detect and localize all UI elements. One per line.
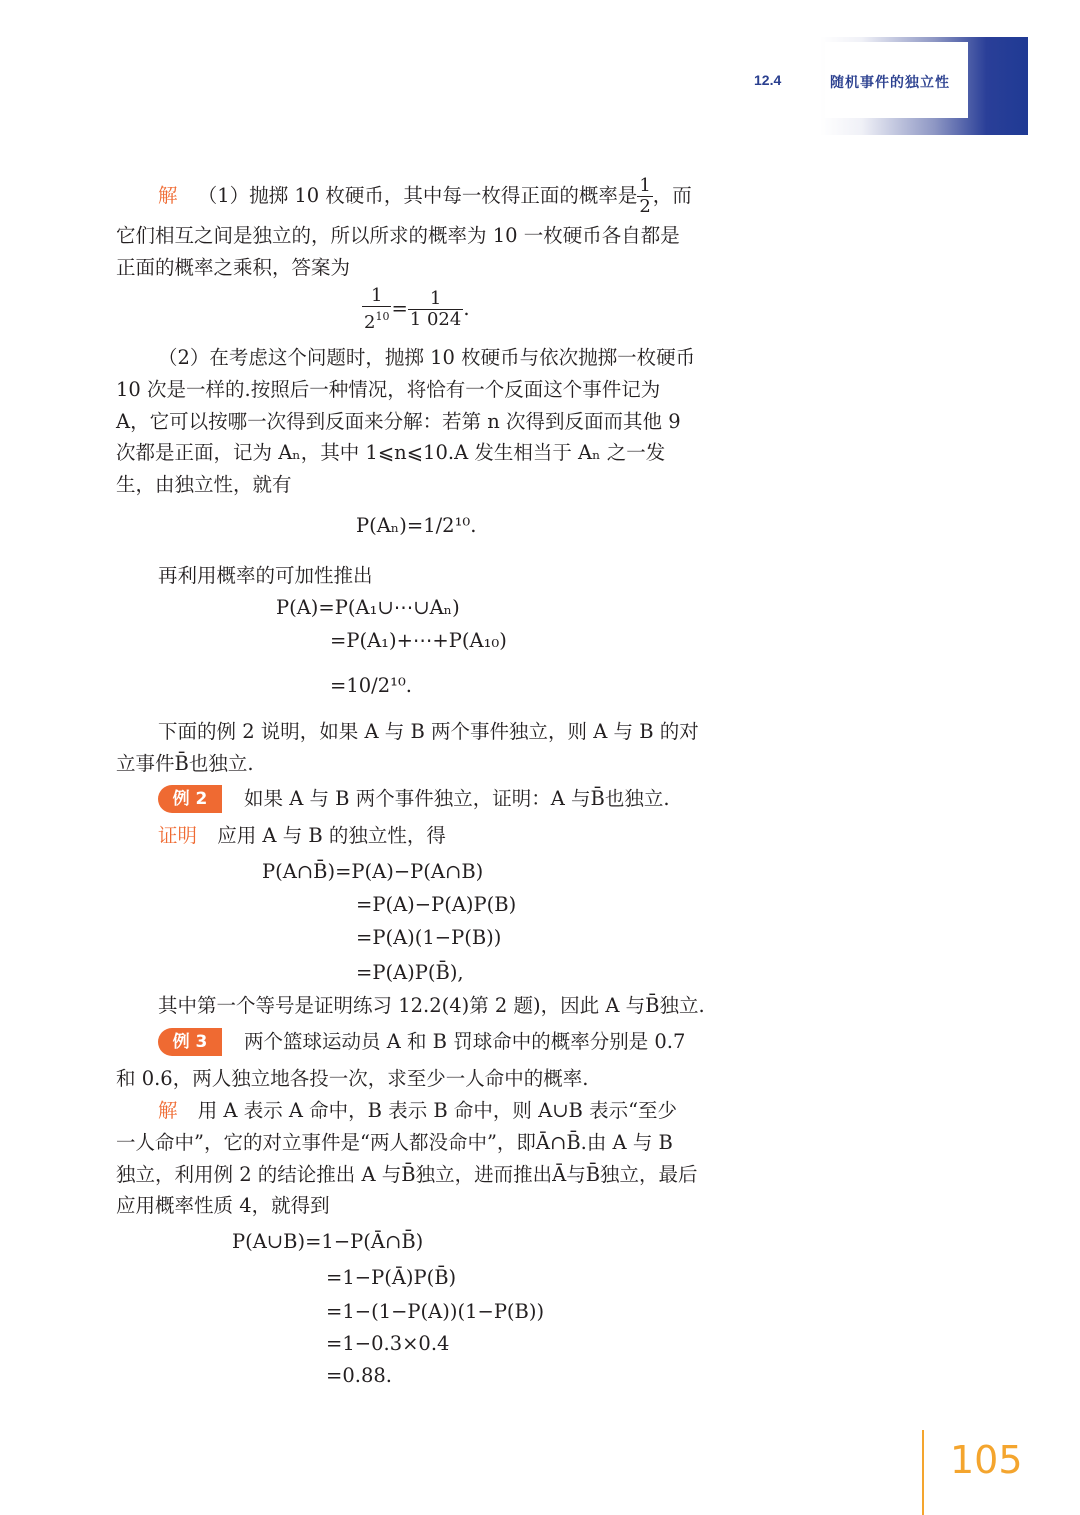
transition-line2: 立事件B̄也独立. (116, 748, 254, 780)
example3-solution-line4: 应用概率性质 4，就得到 (116, 1190, 330, 1222)
example3-eq4: =1−0.3×0.4 (326, 1328, 449, 1360)
solution-label: 解 (158, 184, 178, 207)
solution2-line3: A，它可以按哪一次得到反面来分解：若第 n 次得到反面而其他 9 (116, 406, 681, 438)
solution2-line5: 生，由独立性，就有 (116, 469, 292, 501)
solution1-line2: 它们相互之间是独立的，所以所求的概率为 10 一枚硬币各自都是 (116, 220, 680, 252)
example3-solution-line2: 一人命中”，它的对立事件是“两人都没命中”，即Ā∩B̄.由 A 与 B (116, 1127, 673, 1159)
example2-proof-intro: 证明 应用 A 与 B 的独立性，得 (158, 820, 446, 852)
page-number: 105 (950, 1438, 1023, 1482)
solution1-line1: 解 （1）抛掷 10 枚硬币，其中每一枚得正面的概率是12，而 (158, 176, 692, 217)
example3-eq3: =1−(1−P(A))(1−P(B)) (326, 1296, 544, 1328)
equation-p-an: P(Aₙ)=1/2¹⁰. (356, 510, 476, 542)
example3-solution-line3: 独立，利用例 2 的结论推出 A 与B̄独立，进而推出Ā与B̄独立，最后 (116, 1159, 698, 1191)
example3-line2: 和 0.6，两人独立地各投一次，求至少一人命中的概率. (116, 1063, 588, 1095)
solution2-line2: 10 次是一样的.按照后一种情况，将恰有一个反面这个事件记为 (116, 374, 660, 406)
section-title: 随机事件的独立性 (830, 72, 950, 92)
page-number-divider (922, 1430, 924, 1515)
solution2-line1: （2）在考虑这个问题时，抛掷 10 枚硬币与依次抛掷一枚硬币 (158, 342, 695, 374)
example3-eq1: P(A∪B)=1−P(Ā∩B̄) (232, 1226, 423, 1258)
proof-eq2: =P(A)−P(A)P(B) (356, 889, 516, 921)
section-number: 12.4 (754, 72, 781, 88)
solution-label: 解 (158, 1099, 178, 1122)
proof-eq1: P(A∩B̄)=P(A)−P(A∩B) (262, 856, 483, 888)
proof-conclusion: 其中第一个等号是证明练习 12.2(4)第 2 题)，因此 A 与B̄独立. (158, 990, 705, 1022)
proof-eq3: =P(A)(1−P(B)) (356, 922, 501, 954)
example3-tag: 例 3 (158, 1028, 222, 1056)
transition-line1: 下面的例 2 说明，如果 A 与 B 两个事件独立，则 A 与 B 的对 (158, 716, 699, 748)
example2-statement: 如果 A 与 B 两个事件独立，证明：A 与B̄也独立. (244, 783, 670, 815)
proof-label: 证明 (158, 824, 197, 847)
equation-1-over-1024: 1210=11 024. (362, 286, 470, 333)
proof-eq4: =P(A)P(B̄), (356, 957, 464, 989)
solution2-line4: 次都是正面，记为 Aₙ，其中 1⩽n⩽10.A 发生相当于 Aₙ 之一发 (116, 437, 665, 469)
example3-solution-line1: 解 用 A 表示 A 命中，B 表示 B 命中，则 A∪B 表示“至少 (158, 1095, 677, 1127)
equation-additivity-1: P(A)=P(A₁∪⋯∪Aₙ) (276, 592, 460, 624)
example2-tag: 例 2 (158, 785, 222, 813)
fraction-half: 12 (637, 176, 652, 217)
example3-eq5: =0.88. (326, 1360, 392, 1392)
solution1-line3: 正面的概率之乘积，答案为 (116, 252, 350, 284)
example3-line1: 两个篮球运动员 A 和 B 罚球命中的概率分别是 0.7 (244, 1026, 685, 1058)
equation-additivity-3: =10/2¹⁰. (330, 670, 412, 702)
example3-eq2: =1−P(Ā)P(B̄) (326, 1262, 456, 1294)
equation-additivity-2: =P(A₁)+⋯+P(A₁₀) (330, 625, 507, 657)
solution2-line6: 再利用概率的可加性推出 (158, 560, 373, 592)
